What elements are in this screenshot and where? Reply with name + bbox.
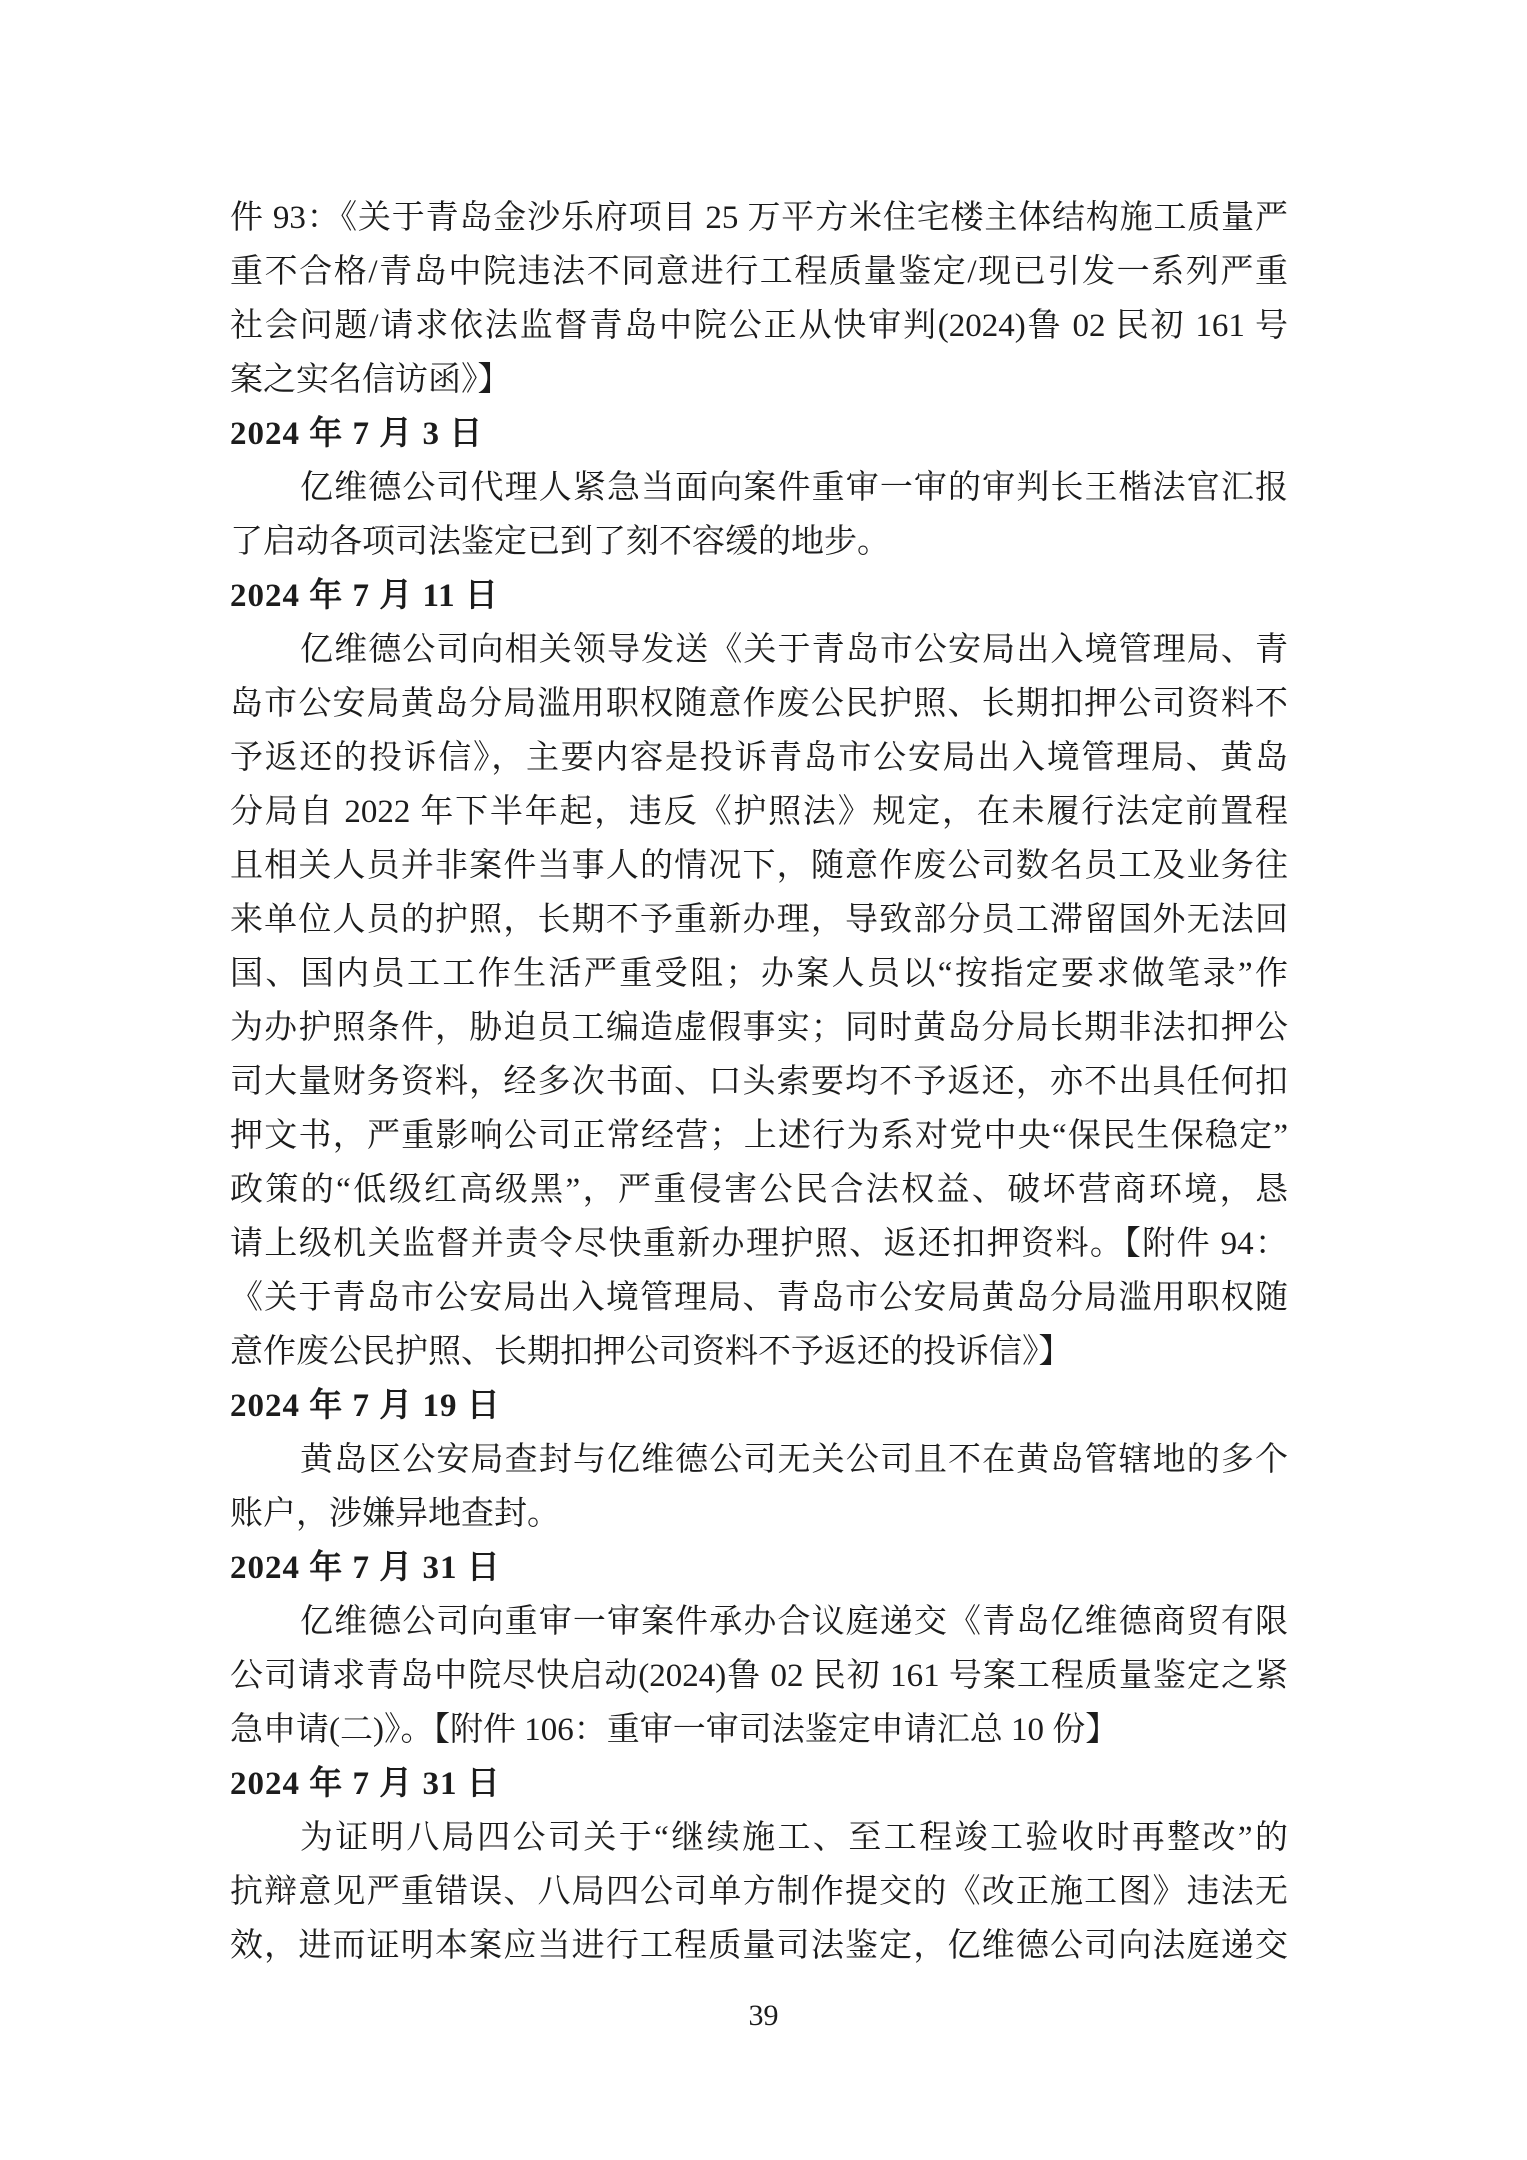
text-line: 重不合格/青岛中院违法不同意进行工程质量鉴定/现已引发一系列严重 [230, 245, 1288, 299]
text-line: 抗辩意见严重错误、八局四公司单方制作提交的《改正施工图》违法无 [230, 1865, 1288, 1919]
text-line: 亿维德公司代理人紧急当面向案件重审一审的审判长王楷法官汇报 [230, 461, 1288, 515]
text-line: 急申请(二)》。【附件 106：重审一审司法鉴定申请汇总 10 份】 [230, 1703, 1288, 1757]
text-line: 案之实名信访函》】 [230, 353, 1288, 407]
text-line: 效，进而证明本案应当进行工程质量司法鉴定，亿维德公司向法庭递交 [230, 1919, 1288, 1973]
date-heading: 2024 年 7 月 31 日 [230, 1757, 1288, 1811]
text-line: 为证明八局四公司关于“继续施工、至工程竣工验收时再整改”的 [230, 1811, 1288, 1865]
text-line: 亿维德公司向相关领导发送《关于青岛市公安局出入境管理局、青 [230, 623, 1288, 677]
document-page: 件 93：《关于青岛金沙乐府项目 25 万平方米住宅楼主体结构施工质量严重不合格… [0, 0, 1527, 2160]
text-line: 件 93：《关于青岛金沙乐府项目 25 万平方米住宅楼主体结构施工质量严 [230, 191, 1288, 245]
text-line: 了启动各项司法鉴定已到了刻不容缓的地步。 [230, 515, 1288, 569]
text-line: 司大量财务资料，经多次书面、口头索要均不予返还，亦不出具任何扣 [230, 1055, 1288, 1109]
document-body: 件 93：《关于青岛金沙乐府项目 25 万平方米住宅楼主体结构施工质量严重不合格… [230, 191, 1288, 1973]
text-line: 且相关人员并非案件当事人的情况下，随意作废公司数名员工及业务往 [230, 839, 1288, 893]
text-line: 押文书，严重影响公司正常经营；上述行为系对党中央“保民生保稳定” [230, 1109, 1288, 1163]
text-line: 政策的“低级红高级黑”，严重侵害公民合法权益、破坏营商环境，恳 [230, 1163, 1288, 1217]
date-heading: 2024 年 7 月 11 日 [230, 569, 1288, 623]
paragraph: 亿维德公司代理人紧急当面向案件重审一审的审判长王楷法官汇报了启动各项司法鉴定已到… [230, 461, 1288, 569]
text-line: 岛市公安局黄岛分局滥用职权随意作废公民护照、长期扣押公司资料不 [230, 677, 1288, 731]
text-line: 分局自 2022 年下半年起，违反《护照法》规定，在未履行法定前置程序、 [230, 785, 1288, 839]
date-heading: 2024 年 7 月 31 日 [230, 1541, 1288, 1595]
text-line: 予返还的投诉信》，主要内容是投诉青岛市公安局出入境管理局、黄岛 [230, 731, 1288, 785]
text-line: 国、国内员工工作生活严重受阻；办案人员以“按指定要求做笔录”作 [230, 947, 1288, 1001]
date-heading: 2024 年 7 月 3 日 [230, 407, 1288, 461]
text-line: 亿维德公司向重审一审案件承办合议庭递交《青岛亿维德商贸有限 [230, 1595, 1288, 1649]
paragraph: 亿维德公司向相关领导发送《关于青岛市公安局出入境管理局、青岛市公安局黄岛分局滥用… [230, 623, 1288, 1379]
text-line: 请上级机关监督并责令尽快重新办理护照、返还扣押资料。【附件 94： [230, 1217, 1288, 1271]
date-heading: 2024 年 7 月 19 日 [230, 1379, 1288, 1433]
text-line: 黄岛区公安局查封与亿维德公司无关公司且不在黄岛管辖地的多个 [230, 1433, 1288, 1487]
text-line: 账户，涉嫌异地查封。 [230, 1487, 1288, 1541]
text-line: 为办护照条件，胁迫员工编造虚假事实；同时黄岛分局长期非法扣押公 [230, 1001, 1288, 1055]
paragraph: 为证明八局四公司关于“继续施工、至工程竣工验收时再整改”的抗辩意见严重错误、八局… [230, 1811, 1288, 1973]
text-line: 意作废公民护照、长期扣押公司资料不予返还的投诉信》】 [230, 1325, 1288, 1379]
page-number: 39 [0, 1998, 1527, 2034]
paragraph: 黄岛区公安局查封与亿维德公司无关公司且不在黄岛管辖地的多个账户，涉嫌异地查封。 [230, 1433, 1288, 1541]
text-line: 社会问题/请求依法监督青岛中院公正从快审判(2024)鲁 02 民初 161 号 [230, 299, 1288, 353]
text-line: 来单位人员的护照，长期不予重新办理，导致部分员工滞留国外无法回 [230, 893, 1288, 947]
text-line: 《关于青岛市公安局出入境管理局、青岛市公安局黄岛分局滥用职权随 [230, 1271, 1288, 1325]
paragraph: 亿维德公司向重审一审案件承办合议庭递交《青岛亿维德商贸有限公司请求青岛中院尽快启… [230, 1595, 1288, 1757]
paragraph: 件 93：《关于青岛金沙乐府项目 25 万平方米住宅楼主体结构施工质量严重不合格… [230, 191, 1288, 407]
text-line: 公司请求青岛中院尽快启动(2024)鲁 02 民初 161 号案工程质量鉴定之紧 [230, 1649, 1288, 1703]
